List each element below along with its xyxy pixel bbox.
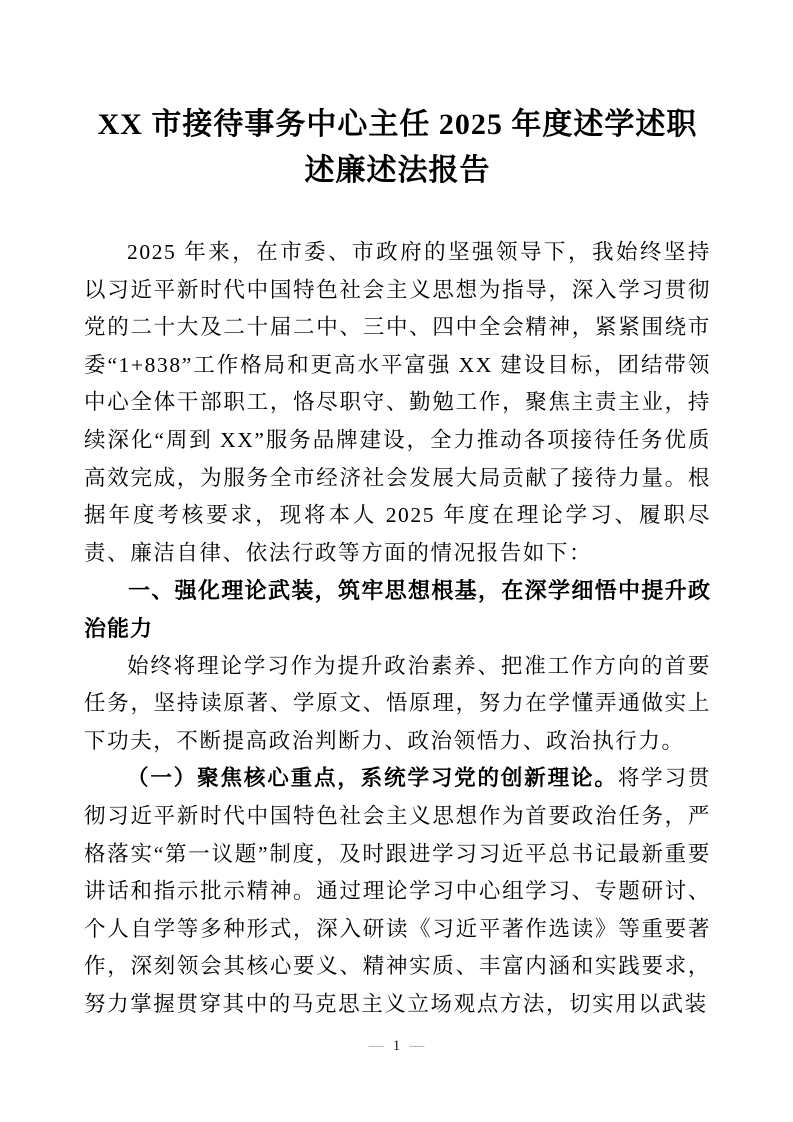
- page-number: 1: [393, 1038, 401, 1054]
- body-paragraph: 2025 年来，在市委、市政府的坚强领导下，我始终坚持以习近平新时代中国特色社会…: [84, 234, 711, 572]
- footer-dash-right: —: [409, 1038, 424, 1054]
- document-title: XX 市接待事务中心主任 2025 年度述学述职述廉述法报告: [84, 102, 711, 194]
- document-content: XX 市接待事务中心主任 2025 年度述学述职述廉述法报告 2025 年来，在…: [84, 102, 711, 1027]
- page-footer: —1—: [0, 1036, 793, 1056]
- paragraph-lead: （一）聚焦核心重点，系统学习党的创新理论。: [127, 766, 618, 790]
- footer-dash-left: —: [369, 1038, 384, 1054]
- document-body: 2025 年来，在市委、市政府的坚强领导下，我始终坚持以习近平新时代中国特色社会…: [84, 234, 711, 1023]
- paragraph-text: 将学习贯彻习近平新时代中国特色社会主义思想作为首要政治任务，严格落实“第一议题”…: [84, 766, 711, 1016]
- section-heading: 一、强化理论武装，筑牢思想根基，在深学细悟中提升政治能力: [84, 572, 711, 647]
- document-page: XX 市接待事务中心主任 2025 年度述学述职述廉述法报告 2025 年来，在…: [0, 0, 793, 1122]
- body-paragraph: （一）聚焦核心重点，系统学习党的创新理论。将学习贯彻习近平新时代中国特色社会主义…: [84, 760, 711, 1023]
- body-paragraph: 始终将理论学习作为提升政治素养、把准工作方向的首要任务，坚持读原著、学原文、悟原…: [84, 648, 711, 761]
